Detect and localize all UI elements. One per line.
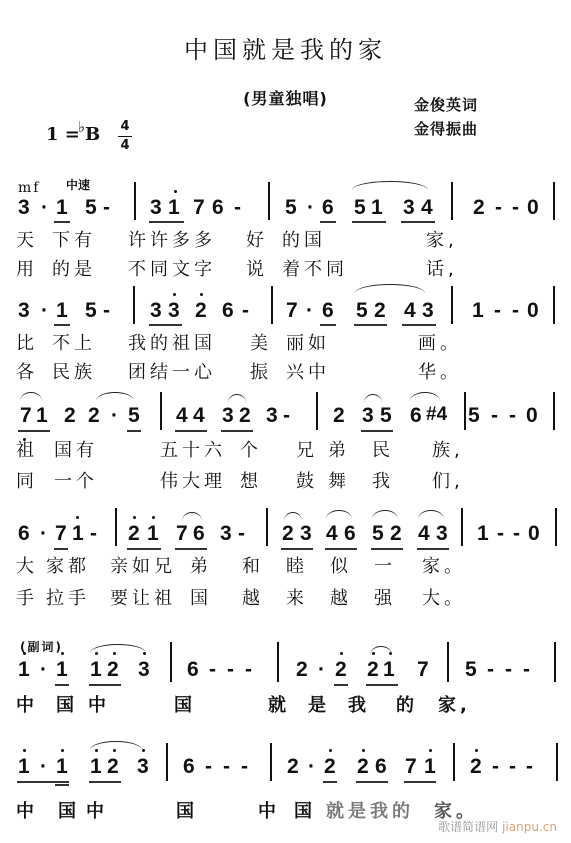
underline <box>127 430 141 432</box>
lyric-line-1: 中国中国中国就是我的家。 <box>16 797 478 823</box>
song-subtitle: (男童独唱) <box>0 86 571 109</box>
underline <box>89 684 121 686</box>
underline <box>401 221 435 223</box>
high-octave-dot <box>23 749 26 752</box>
bar-line <box>268 182 270 220</box>
bar-line <box>170 642 172 682</box>
bar-line <box>451 182 453 220</box>
key-note: B <box>85 124 100 145</box>
high-octave-dot <box>173 293 176 296</box>
underline <box>149 324 182 326</box>
lyric-line-2: 同一个伟大理想鼓舞我们, <box>16 467 464 493</box>
tempo-marking: 中速 <box>66 176 90 193</box>
high-octave-dot <box>340 652 343 655</box>
dot-duration: · <box>307 196 314 220</box>
underline <box>417 548 449 550</box>
note: 5 <box>85 196 97 220</box>
bar-line <box>553 392 555 430</box>
key-prefix: 1 = <box>46 124 80 145</box>
underline <box>402 324 436 326</box>
slur <box>284 512 302 521</box>
underline <box>352 221 386 223</box>
song-title: 中国就是我的家 <box>0 30 571 65</box>
dash: - <box>103 196 110 220</box>
lyric-line-2: 手拉手要让祖国越来越强大。 <box>16 584 466 610</box>
slur <box>228 394 246 403</box>
high-octave-dot <box>174 190 177 193</box>
underline <box>55 684 69 686</box>
bar-line <box>266 508 268 546</box>
bar-line <box>277 642 279 682</box>
underline <box>54 221 70 223</box>
underline <box>175 430 207 432</box>
underline <box>89 781 121 783</box>
underline <box>354 324 387 326</box>
bar-line <box>166 743 168 781</box>
bar-line <box>160 392 162 430</box>
high-octave-dot <box>362 749 365 752</box>
underline <box>334 684 348 686</box>
refrain-label: (副词) <box>20 638 63 655</box>
lyric-line-1: 大家都亲如兄弟和睦似一家。 <box>16 552 466 578</box>
slur <box>355 284 425 293</box>
note: 1 <box>371 196 383 220</box>
note: 3 <box>18 196 30 220</box>
lyric-line-1: 中国中国就是我的家, <box>16 691 471 717</box>
note: 6 <box>212 196 224 220</box>
bar-line <box>133 286 135 324</box>
slur <box>364 394 382 403</box>
watermark-en: jianpu.cn <box>502 820 557 834</box>
underline <box>54 548 68 550</box>
time-sig-bottom: 4 <box>118 139 132 153</box>
underline <box>356 781 388 783</box>
underline <box>366 684 398 686</box>
bar-line <box>461 508 463 546</box>
note: 5 <box>354 196 366 220</box>
lyricist-credit: 金俊英词 <box>414 94 478 115</box>
slur <box>182 512 202 521</box>
note: 6 <box>322 196 334 220</box>
underline <box>55 784 69 786</box>
underline <box>361 430 393 432</box>
note: 2 <box>473 196 485 220</box>
flat-icon: ♭ <box>78 118 85 136</box>
underline <box>404 781 436 783</box>
bar-line <box>115 508 117 546</box>
dot-duration: · <box>41 196 48 220</box>
high-octave-dot <box>200 293 203 296</box>
bar-line <box>134 182 136 220</box>
high-octave-dot <box>23 652 26 655</box>
bar-line <box>447 642 449 682</box>
time-sig-top: 4 <box>118 120 132 134</box>
bar-line <box>554 642 556 682</box>
dash: - <box>234 196 241 220</box>
note: 3 <box>150 196 162 220</box>
bar-line <box>451 286 453 324</box>
high-octave-dot <box>76 516 79 519</box>
note: 5 <box>285 196 297 220</box>
lyric-line-2: 各民族团结一心振兴中华。 <box>16 358 462 384</box>
lyric-line-1: 天下有许许多多好的国家, <box>16 226 458 252</box>
high-octave-dot <box>142 749 145 752</box>
dynamic-marking: mf <box>18 180 40 196</box>
lyric-line-1: 祖国有五十六个兄弟民族, <box>16 436 464 462</box>
high-octave-dot <box>61 749 64 752</box>
note: 7 <box>193 196 205 220</box>
note: 3 <box>403 196 415 220</box>
bar-line <box>453 743 455 781</box>
underline <box>320 324 336 326</box>
bar-line <box>556 743 558 781</box>
notation-line: 6 · 7 1 - 2 1 7 6 3 - 2 3 4 6 5 2 4 3 1 … <box>0 522 571 546</box>
bar-line <box>464 392 466 430</box>
slur <box>326 510 352 519</box>
high-octave-dot <box>152 516 155 519</box>
rest: 0 <box>527 196 539 220</box>
notation-line: 7 1 2 2 · 5 4 4 3 2 3 - 2 3 5 6 #4 5 - -… <box>0 404 571 428</box>
high-octave-dot <box>133 516 136 519</box>
high-octave-dot <box>61 652 64 655</box>
high-octave-dot <box>475 749 478 752</box>
bar-line <box>316 392 318 430</box>
underline <box>371 548 403 550</box>
slur <box>418 510 444 519</box>
time-signature: 4 4 <box>118 120 132 153</box>
notation-line: 3 · 1 5 - 3 3 2 6 - 7 · 6 5 2 4 3 1 - - … <box>0 299 571 323</box>
underline <box>127 548 161 550</box>
slur <box>96 392 134 401</box>
dash: - <box>495 196 502 220</box>
underline <box>323 781 337 783</box>
high-octave-dot <box>329 749 332 752</box>
lyric-line-2: 用的是不同文字说着不同话, <box>16 255 458 281</box>
underline <box>18 430 50 432</box>
bar-line <box>553 182 555 220</box>
notation-line: 1 · 1 1 2 3 6 - - - 2 · 2 2 6 7 1 2 - - … <box>0 755 571 779</box>
underline <box>149 221 184 223</box>
watermark-cn: 歌谱简谱网 <box>438 820 498 834</box>
bar-line <box>553 286 555 324</box>
lyric-line-1: 比不上我的祖国美丽如画。 <box>16 329 462 355</box>
composer-credit: 金得振曲 <box>414 118 478 139</box>
underline <box>175 548 207 550</box>
slur <box>410 392 440 401</box>
key-signature: 1 =♭B <box>46 124 100 145</box>
high-octave-dot <box>429 749 432 752</box>
slur <box>370 646 392 655</box>
note: 1 <box>56 196 68 220</box>
watermark: 歌谱简谱网jianpu.cn <box>438 818 557 835</box>
underline <box>54 324 70 326</box>
underline <box>325 548 357 550</box>
underline <box>221 430 253 432</box>
notation-line: 3 · 1 5 - 3 1 7 6 - 5 · 6 5 1 3 4 2 - - … <box>0 196 571 220</box>
dash: - <box>512 196 519 220</box>
slur <box>352 181 428 190</box>
bar-line <box>271 286 273 324</box>
slur <box>372 510 398 519</box>
notation-line: 1 · 1 1 2 3 6 - - - 2 · 2 2 1 7 5 - - - <box>0 658 571 682</box>
note: 1 <box>168 196 180 220</box>
underline <box>17 781 69 783</box>
slur <box>20 392 42 401</box>
slur <box>90 741 142 750</box>
underline <box>281 548 313 550</box>
slur <box>90 644 146 653</box>
note: 4 <box>421 196 433 220</box>
bar-line <box>555 508 557 546</box>
underline <box>320 221 336 223</box>
bar-line <box>270 743 272 781</box>
